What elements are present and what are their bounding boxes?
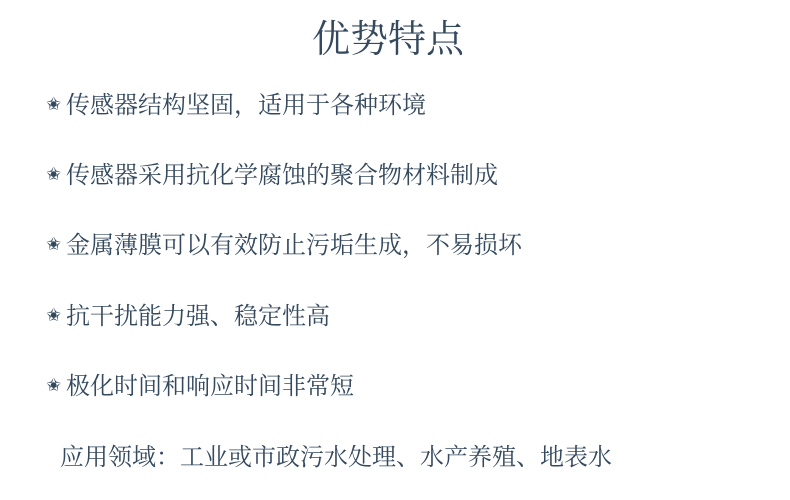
feature-text: 极化时间和响应时间非常短 bbox=[66, 369, 354, 403]
star-bullet-icon: ✬ bbox=[46, 88, 66, 122]
star-bullet-icon: ✬ bbox=[46, 158, 66, 192]
star-bullet-icon: ✬ bbox=[46, 299, 66, 333]
feature-item: ✬ 抗干扰能力强、稳定性高 bbox=[46, 299, 330, 333]
feature-text: 抗干扰能力强、稳定性高 bbox=[66, 299, 330, 333]
feature-item: ✬ 极化时间和响应时间非常短 bbox=[46, 369, 354, 403]
application-fields: 应用领域：工业或市政污水处理、水产养殖、地表水 bbox=[60, 440, 612, 474]
feature-item: ✬ 金属薄膜可以有效防止污垢生成，不易损坏 bbox=[46, 228, 522, 262]
page-title: 优势特点 bbox=[0, 14, 776, 64]
feature-text: 传感器结构坚固，适用于各种环境 bbox=[66, 88, 426, 122]
feature-text: 金属薄膜可以有效防止污垢生成，不易损坏 bbox=[66, 228, 522, 262]
star-bullet-icon: ✬ bbox=[46, 369, 66, 403]
feature-item: ✬ 传感器采用抗化学腐蚀的聚合物材料制成 bbox=[46, 158, 498, 192]
feature-item: ✬ 传感器结构坚固，适用于各种环境 bbox=[46, 88, 426, 122]
feature-text: 传感器采用抗化学腐蚀的聚合物材料制成 bbox=[66, 158, 498, 192]
star-bullet-icon: ✬ bbox=[46, 228, 66, 262]
